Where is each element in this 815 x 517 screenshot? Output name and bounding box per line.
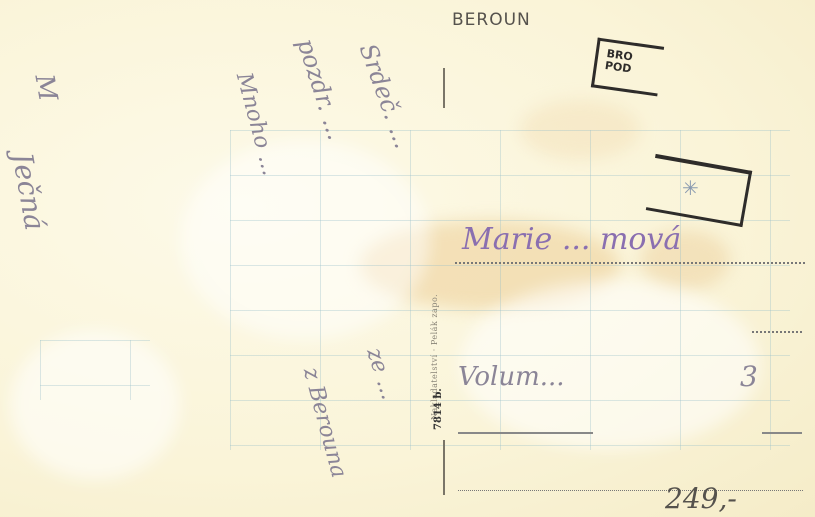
- serial-number: 7814 b.: [433, 388, 444, 430]
- address-line: [762, 432, 802, 434]
- address-line2-text: Volum...: [458, 362, 565, 392]
- top-note: BEROUN: [452, 10, 531, 30]
- signature-line2: Ječná: [6, 150, 52, 233]
- star-stamp-icon: ✳: [682, 176, 699, 200]
- postmark-stamp: BRO POD: [591, 38, 664, 97]
- center-divider: [443, 68, 445, 108]
- signature-line1: M: [28, 72, 62, 103]
- address-line: [458, 432, 593, 434]
- price-note: 249,-: [665, 482, 737, 515]
- address-line3-text: 3: [740, 360, 758, 393]
- postcard-back: Nakladatelství · Pelák zapo. 7814 b. BER…: [0, 0, 815, 517]
- address-line: [455, 262, 805, 264]
- offset-grid: [40, 340, 150, 400]
- address-line: [752, 331, 802, 333]
- center-divider: [443, 440, 445, 495]
- address-line: [458, 490, 803, 491]
- message-column: pozdr. ...: [291, 35, 350, 143]
- address-line1-text: Marie ... mová: [462, 222, 681, 257]
